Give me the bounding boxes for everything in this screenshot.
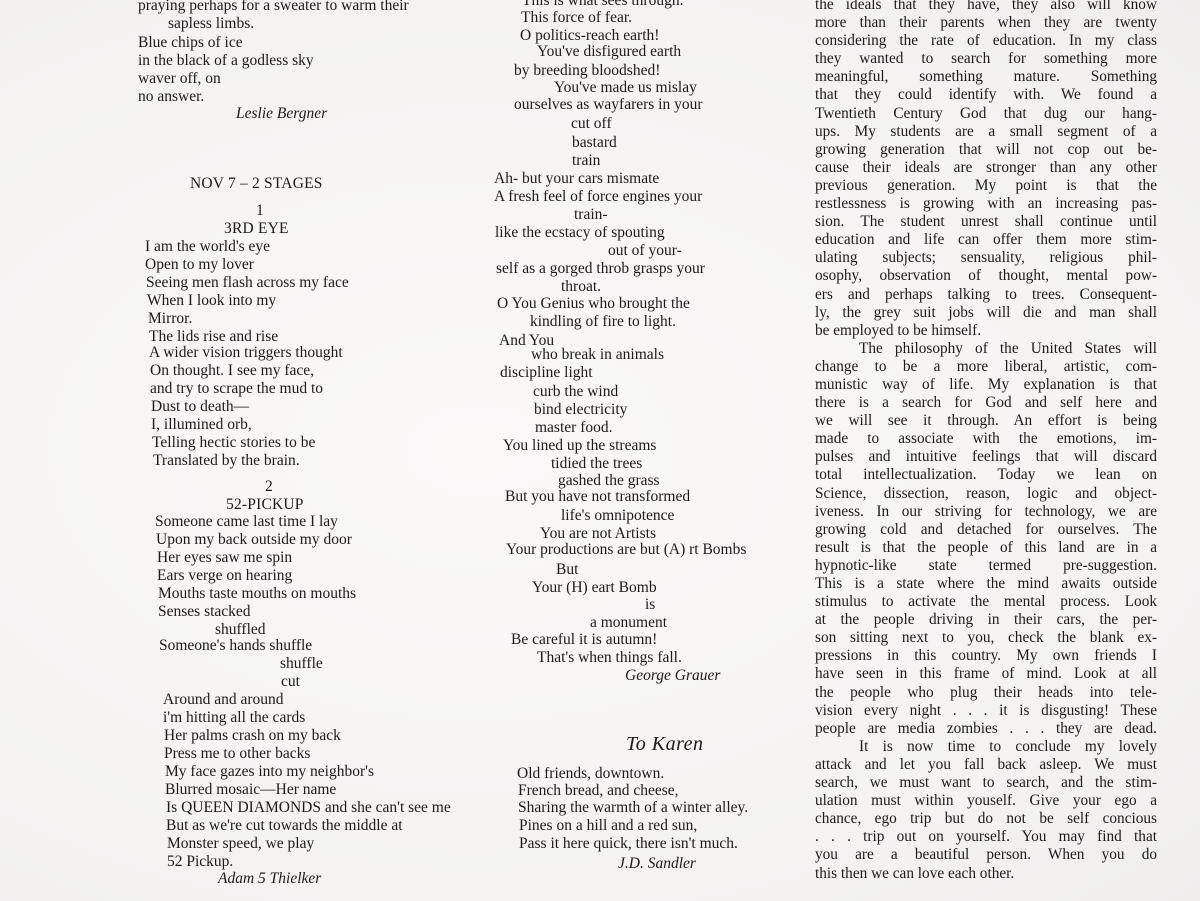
poem-line: shuffle	[280, 655, 323, 673]
poem-line: I am the world's eye	[145, 238, 270, 256]
essay-line: The philosophy of the United States will	[815, 340, 1157, 358]
essay-line: ulation must within youself. Give your e…	[815, 792, 1157, 810]
poem-line: out of your-	[608, 242, 682, 260]
essay-line: It is now time to conclude my lovely	[815, 738, 1157, 756]
essay-line: cause their ideals are stronger than any…	[815, 159, 1157, 177]
essay-line: attack and let you fall back asleep. We …	[815, 756, 1157, 774]
poem-line: tidied the trees	[551, 455, 642, 473]
poem-author: Adam 5 Thielker	[218, 870, 321, 888]
essay-line: restlessness is growing with an increasi…	[815, 195, 1157, 213]
essay-line: change to be a more liberal, artistic, c…	[815, 358, 1157, 376]
poem-line: bind electricity	[534, 401, 627, 419]
poem-title: To Karen	[626, 735, 704, 753]
poem-line: But you have not transformed	[505, 488, 690, 506]
essay-line: iveness. In our striving for technology,…	[815, 503, 1157, 521]
essay-line: that they could identify with. We found …	[815, 86, 1157, 104]
poem-line: Around and around	[163, 691, 284, 709]
poem-line: waver off, on	[138, 70, 221, 88]
poem-line: Translated by the brain.	[153, 452, 300, 470]
poem-line: Open to my lover	[145, 256, 254, 274]
poem-line: That's when things fall.	[537, 649, 682, 667]
essay-line: made to associate with the emotions, im-	[815, 430, 1157, 448]
essay-line: people are media zombies . . . they are …	[815, 720, 1157, 738]
essay-line: growing cold and detached for ourselves.…	[815, 521, 1157, 539]
poem-line: Mouths taste mouths on mouths	[158, 585, 356, 603]
essay-line: pressions in this country. My own friend…	[815, 647, 1157, 665]
magazine-page: praying perhaps for a sweater to warm th…	[0, 0, 1200, 901]
poem-line: a monument	[590, 614, 667, 632]
essay-line: . . . trip out on yourself. You may find…	[815, 828, 1157, 846]
essay-line: this then we can love each other.	[815, 865, 1157, 883]
essay-line: they wanted to search for something more	[815, 50, 1157, 68]
poem-line: ourselves as wayfarers in your	[514, 96, 703, 114]
poem-line: Be careful it is autumn!	[511, 631, 657, 649]
poem-line: kindling of fire to light.	[530, 313, 676, 331]
poem-line: Blurred mosaic—Her name	[165, 781, 336, 799]
poem-line: cut	[281, 673, 300, 691]
essay-line: the people who plug their heads into tel…	[815, 684, 1157, 702]
poem-line: Ears verge on hearing	[157, 567, 292, 585]
essay-line: munistic way of life. My explanation is …	[815, 376, 1157, 394]
poem-author: George Grauer	[625, 667, 720, 685]
poem-line: Upon my back outside my door	[156, 531, 352, 549]
poem-line: by breeding bloodshed!	[514, 62, 660, 80]
poem-author: J.D. Sandler	[618, 855, 696, 873]
poem-line: self as a gorged throb grasps your	[496, 260, 705, 278]
poem-line: who break in animals	[531, 346, 664, 364]
poem-line: I, illumined orb,	[151, 416, 252, 434]
essay-line: pulses and intuitive feelings that will …	[815, 448, 1157, 466]
poem-line: Pass it here quick, there isn't much.	[519, 835, 738, 853]
essay-line: ulating subjects; sensuality, religious …	[815, 249, 1157, 267]
poem-line: A fresh feel of force engines your	[494, 188, 702, 206]
essay-line: osophy, observation of thought, mental p…	[815, 267, 1157, 285]
poem-line: Senses stacked	[158, 603, 251, 621]
poem-line: Seeing men flash across my face	[146, 274, 349, 292]
essay-line: education and life can offer them more s…	[815, 231, 1157, 249]
essay-line: growing generation that will not cop out…	[815, 141, 1157, 159]
poem-line: Press me to other backs	[164, 745, 310, 763]
poem-line: Dust to death—	[151, 398, 249, 416]
essay-line: previous generation. My point is that th…	[815, 177, 1157, 195]
poem-line: train-	[574, 206, 608, 224]
poem-line: Someone came last time I lay	[155, 513, 338, 531]
essay-line: vision every night . . . it is disgustin…	[815, 702, 1157, 720]
poem-line: is	[645, 596, 655, 614]
poem-line: master food.	[535, 419, 612, 437]
poem-title: 3RD EYE	[224, 220, 289, 238]
poem-line: Monster speed, we play	[167, 835, 314, 853]
poem-line: My face gazes into my neighbor's	[165, 763, 374, 781]
essay-line: considering the rate of education. In my…	[815, 32, 1157, 50]
essay-line: result is that the people of this land a…	[815, 539, 1157, 557]
essay-line: ers and perhaps talking to trees. Conseq…	[815, 286, 1157, 304]
poem-line: Old friends, downtown.	[517, 765, 664, 783]
essay-line: you are a beautiful person. When you do	[815, 846, 1157, 864]
poem-line: Her eyes saw me spin	[157, 549, 292, 567]
poem-line: But as we're cut towards the middle at	[166, 817, 403, 835]
poem-author: Leslie Bergner	[236, 105, 327, 123]
poem-line: and try to scrape the mud to	[150, 380, 323, 398]
essay-line: search, we must want to search, and the …	[815, 774, 1157, 792]
essay-line: Science, dissection, reason, logic and o…	[815, 485, 1157, 503]
essay-line: meaningful, something mature. Something	[815, 68, 1157, 86]
essay-line: have seen in this frame of mind. Look at…	[815, 665, 1157, 683]
poem-line: Sharing the warmth of a winter alley.	[518, 799, 748, 817]
poem-line: discipline light	[500, 364, 593, 382]
poem-line: You've disfigured earth	[537, 43, 681, 61]
poem-line: 52 Pickup.	[167, 853, 233, 871]
poem-line: You lined up the streams	[503, 437, 656, 455]
poem-line: in the black of a godless sky	[138, 52, 314, 70]
section-title: NOV 7 – 2 STAGES	[190, 175, 323, 193]
poem-line: throat.	[561, 278, 601, 296]
poem-line: Your productions are but (A) rt Bombs	[506, 541, 746, 559]
poem-line: Ah- but your cars mismate	[494, 170, 659, 188]
poem-line: curb the wind	[533, 383, 618, 401]
essay-line: we will see it through. An effort is bei…	[815, 412, 1157, 430]
essay-line: more than their parents when they are tw…	[815, 14, 1157, 32]
essay-line: at the people driving in their cars, the…	[815, 611, 1157, 629]
poem-line: praying perhaps for a sweater to warm th…	[138, 0, 409, 15]
poem-line: sapless limbs.	[168, 15, 254, 33]
poem-line: But	[556, 561, 578, 579]
poem-line: On thought. I see my face,	[150, 362, 314, 380]
poem-line: cut off	[571, 115, 612, 133]
essay-line: the ideals that they have, they also wil…	[815, 0, 1157, 14]
essay-line: This is a state where the mind awaits ou…	[815, 575, 1157, 593]
poem-line: Telling hectic stories to be	[152, 434, 315, 452]
poem-line: You've made us mislay	[554, 79, 697, 97]
essay-line: chance, ego trip but do not be self conc…	[815, 810, 1157, 828]
poem-line: Her palms crash on my back	[164, 727, 341, 745]
essay-line: there is a search for God and self here …	[815, 394, 1157, 412]
stage-number: 1	[256, 202, 264, 220]
essay-line: ups. My students are a small segment of …	[815, 123, 1157, 141]
poem-line: train	[572, 152, 600, 170]
poem-line: French bread, and cheese,	[518, 782, 679, 800]
poem-line: Someone's hands shuffle	[159, 637, 312, 655]
poem-line: Mirror.	[148, 310, 192, 328]
poem-line: life's omnipotence	[561, 507, 674, 525]
essay-line: Twentieth Century God that dug our hang-	[815, 105, 1157, 123]
poem-title: 52-PICKUP	[226, 496, 304, 514]
poem-line: Is QUEEN DIAMONDS and she can't see me	[166, 799, 451, 817]
poem-line: bastard	[572, 134, 617, 152]
poem-line: When I look into my	[147, 292, 276, 310]
essay-line: ly, the grey suit jobs will die and man …	[815, 304, 1157, 322]
poem-line: This force of fear.	[521, 9, 632, 27]
poem-line: no answer.	[138, 88, 204, 106]
poem-line: Pines on a hill and a red sun,	[519, 817, 697, 835]
poem-line: O You Genius who brought the	[497, 295, 690, 313]
poem-line: Blue chips of ice	[138, 34, 243, 52]
essay-line: sion. The student unrest shall continue …	[815, 213, 1157, 231]
essay-line: stimulus to activate the mental process.…	[815, 593, 1157, 611]
poem-line: like the ecstacy of spouting	[495, 224, 665, 242]
essay-text: the ideals that they have, they also wil…	[815, 0, 1157, 883]
essay-line: hypnotic-like state termed pre-suggestio…	[815, 557, 1157, 575]
essay-line: be employed to be himself.	[815, 322, 1157, 340]
poem-line: i'm hitting all the cards	[163, 709, 305, 727]
poem-line: A wider vision triggers thought	[149, 344, 343, 362]
essay-line: son sitting next to you, check the blank…	[815, 629, 1157, 647]
essay-line: total intellectualization. Today we lean…	[815, 466, 1157, 484]
poem-line: Your (H) eart Bomb	[532, 579, 657, 597]
stage-number: 2	[265, 478, 273, 496]
